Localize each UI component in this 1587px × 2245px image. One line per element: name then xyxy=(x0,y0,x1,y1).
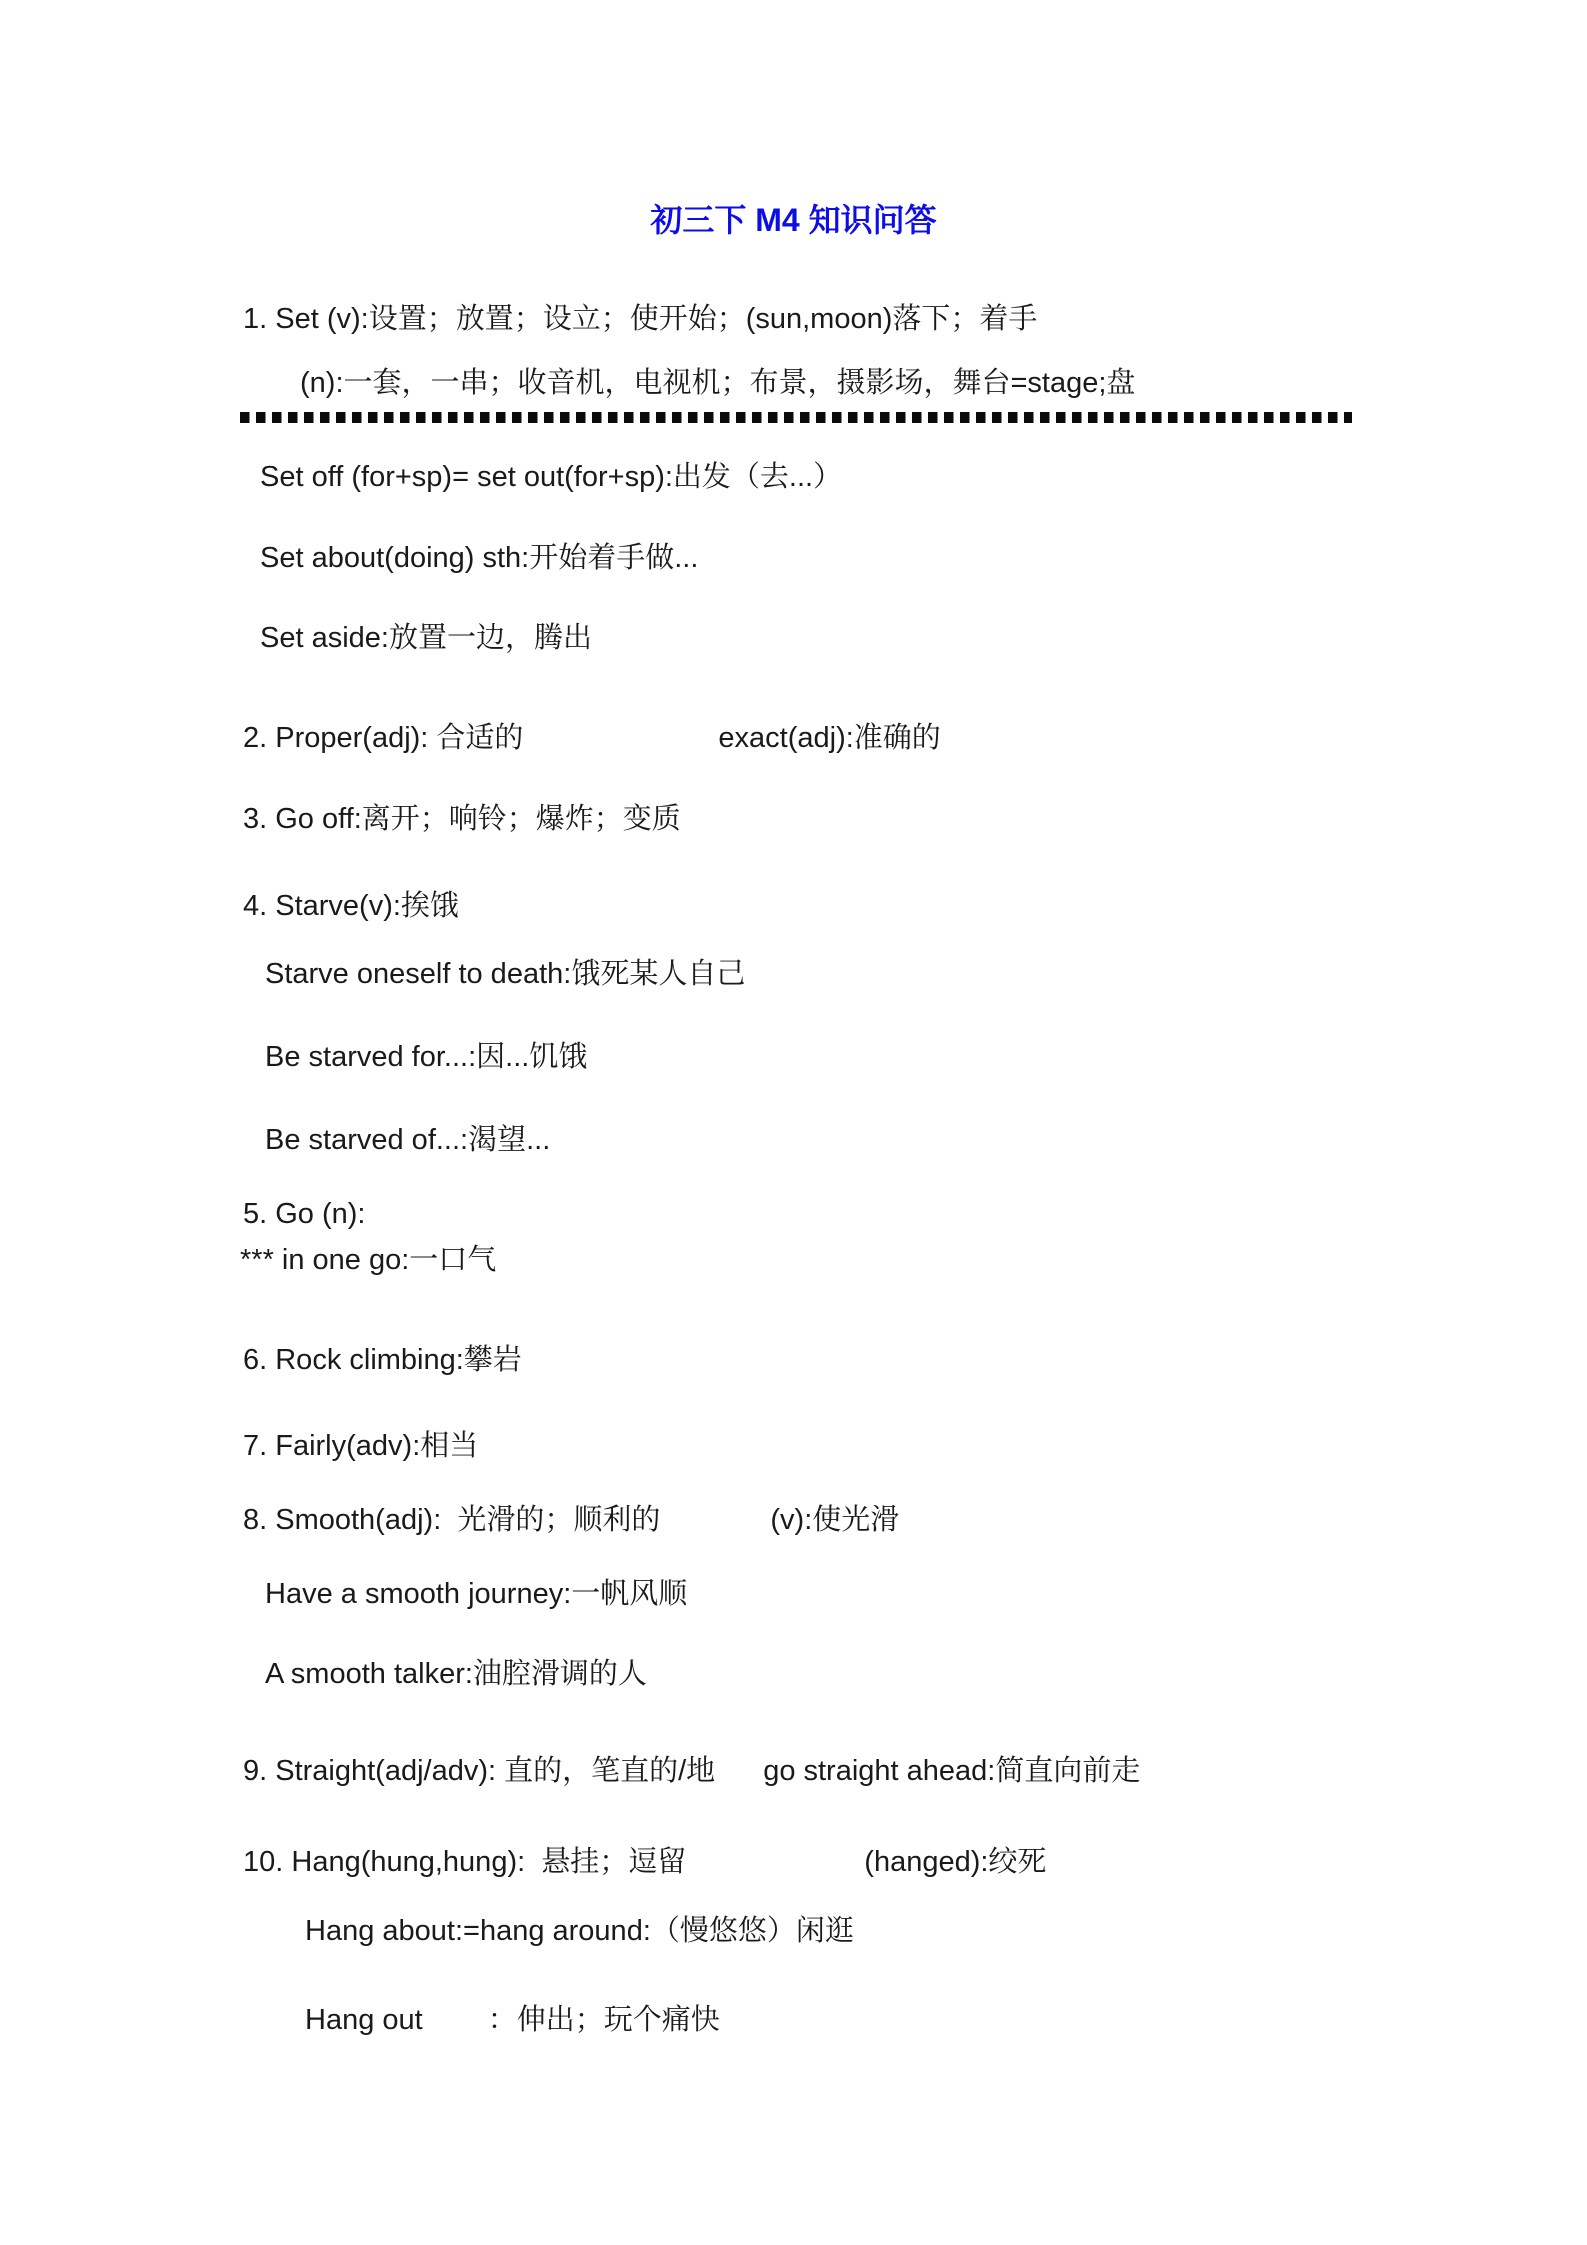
page-title: 初三下 M4 知识问答 xyxy=(0,197,1587,243)
column-gap xyxy=(686,1870,864,1871)
entry-7: 7. Fairly(adv):相当 xyxy=(243,1430,1587,1463)
phrase-set-aside: Set aside:放置一边，腾出 xyxy=(260,622,1587,655)
entry-8: 8. Smooth(adj): 光滑的；顺利的(v):使光滑 xyxy=(243,1504,1587,1537)
phrase-be-starved-for: Be starved for...:因...饥饿 xyxy=(265,1041,1587,1074)
entry-1-verb: 1. Set (v):设置；放置；设立；使开始；(sun,moon)落下；着手 xyxy=(243,303,1587,336)
column-gap xyxy=(715,1779,763,1780)
phrase-smooth-talker: A smooth talker:油腔滑调的人 xyxy=(265,1658,1587,1691)
column-gap xyxy=(423,2028,488,2029)
phrase-hang-out-left: Hang out xyxy=(305,2004,423,2036)
phrase-hang-out-right: ：伸出；玩个痛快 xyxy=(488,2004,720,2036)
entry-6: 6. Rock climbing:攀岩 xyxy=(243,1344,1587,1377)
entry-8-adj: 8. Smooth(adj): 光滑的；顺利的 xyxy=(243,1504,660,1536)
document-page: 初三下 M4 知识问答 1. Set (v):设置；放置；设立；使开始；(sun… xyxy=(0,0,1587,2245)
phrase-in-one-go: *** in one go:一口气 xyxy=(240,1244,1587,1277)
entry-9-straight: 9. Straight(adj/adv): 直的，笔直的/地 xyxy=(243,1755,715,1787)
entry-2-proper: 2. Proper(adj): 合适的 xyxy=(243,722,523,754)
entry-10-hanged: (hanged):绞死 xyxy=(864,1846,1046,1878)
dashed-divider xyxy=(240,412,1352,423)
phrase-be-starved-of: Be starved of...:渴望... xyxy=(265,1124,1587,1157)
entry-3: 3. Go off:离开；响铃；爆炸；变质 xyxy=(243,803,1587,836)
column-gap xyxy=(660,1528,770,1529)
phrase-smooth-journey: Have a smooth journey:一帆风顺 xyxy=(265,1578,1587,1611)
entry-2: 2. Proper(adj): 合适的exact(adj):准确的 xyxy=(243,722,1587,755)
entry-9: 9. Straight(adj/adv): 直的，笔直的/地go straigh… xyxy=(243,1755,1587,1788)
phrase-hang-about: Hang about:=hang around:（慢悠悠）闲逛 xyxy=(305,1915,1587,1948)
entry-9-go-straight: go straight ahead:简直向前走 xyxy=(763,1755,1140,1787)
entry-8-verb: (v):使光滑 xyxy=(770,1504,899,1536)
entry-4: 4. Starve(v):挨饿 xyxy=(243,890,1587,923)
entry-1-noun: (n):一套，一串；收音机，电视机；布景，摄影场，舞台=stage;盘 xyxy=(300,367,1587,400)
phrase-hang-out: Hang out：伸出；玩个痛快 xyxy=(305,2004,1587,2037)
entry-10-hang: 10. Hang(hung,hung): 悬挂；逗留 xyxy=(243,1846,686,1878)
entry-2-exact: exact(adj):准确的 xyxy=(718,722,940,754)
column-gap xyxy=(523,746,718,747)
entry-10: 10. Hang(hung,hung): 悬挂；逗留(hanged):绞死 xyxy=(243,1846,1587,1879)
phrase-set-off: Set off (for+sp)= set out(for+sp):出发（去..… xyxy=(260,461,1587,494)
phrase-starve-oneself: Starve oneself to death:饿死某人自己 xyxy=(265,958,1587,991)
phrase-set-about: Set about(doing) sth:开始着手做... xyxy=(260,542,1587,575)
entry-5: 5. Go (n): xyxy=(243,1198,1587,1231)
